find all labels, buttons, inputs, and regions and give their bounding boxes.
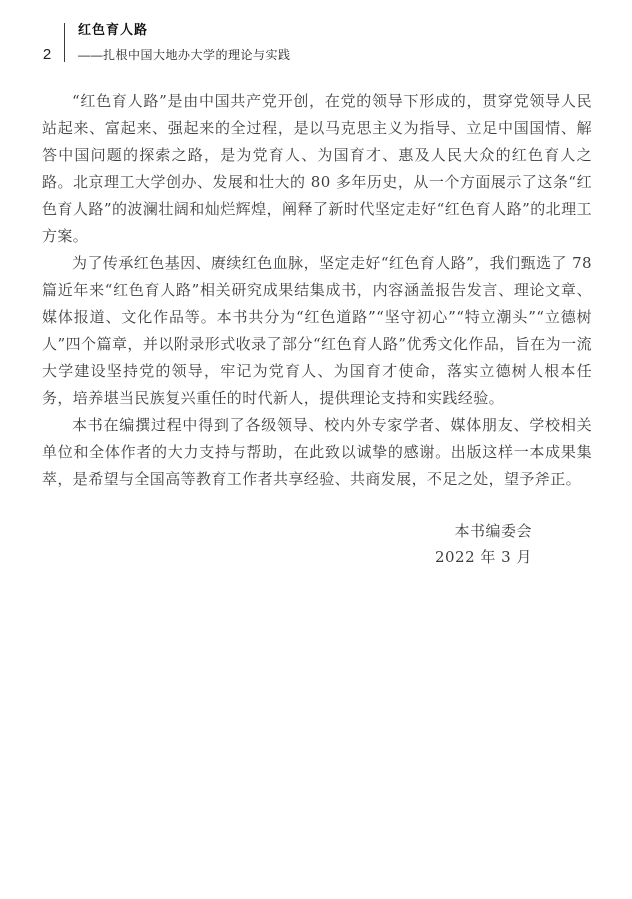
signature-author: 本书编委会 xyxy=(42,518,532,544)
signature-block: 本书编委会 2022 年 3 月 xyxy=(42,518,592,570)
book-page: 2 红色育人路 ——扎根中国大地办大学的理论与实践 “红色育人路”是由中国共产党… xyxy=(0,0,632,899)
paragraph-3: 本书在编撰过程中得到了各级领导、校内外专家学者、媒体朋友、学校相关单位和全体作者… xyxy=(42,412,592,493)
page-header: 2 红色育人路 ——扎根中国大地办大学的理论与实践 xyxy=(36,22,592,64)
paragraph-2: 为了传承红色基因、赓续红色血脉，坚定走好“红色育人路”，我们甄选了 78 篇近年… xyxy=(42,250,592,412)
header-divider xyxy=(64,23,65,62)
header-titles: 红色育人路 ——扎根中国大地办大学的理论与实践 xyxy=(78,22,291,64)
book-subtitle: ——扎根中国大地办大学的理论与实践 xyxy=(78,49,291,62)
paragraph-1: “红色育人路”是由中国共产党开创，在党的领导下形成的，贯穿党领导人民站起来、富起… xyxy=(42,88,592,250)
book-title: 红色育人路 xyxy=(78,23,291,37)
signature-date: 2022 年 3 月 xyxy=(42,544,532,570)
page-number: 2 xyxy=(36,46,58,64)
page-body: “红色育人路”是由中国共产党开创，在党的领导下形成的，贯穿党领导人民站起来、富起… xyxy=(42,88,592,570)
